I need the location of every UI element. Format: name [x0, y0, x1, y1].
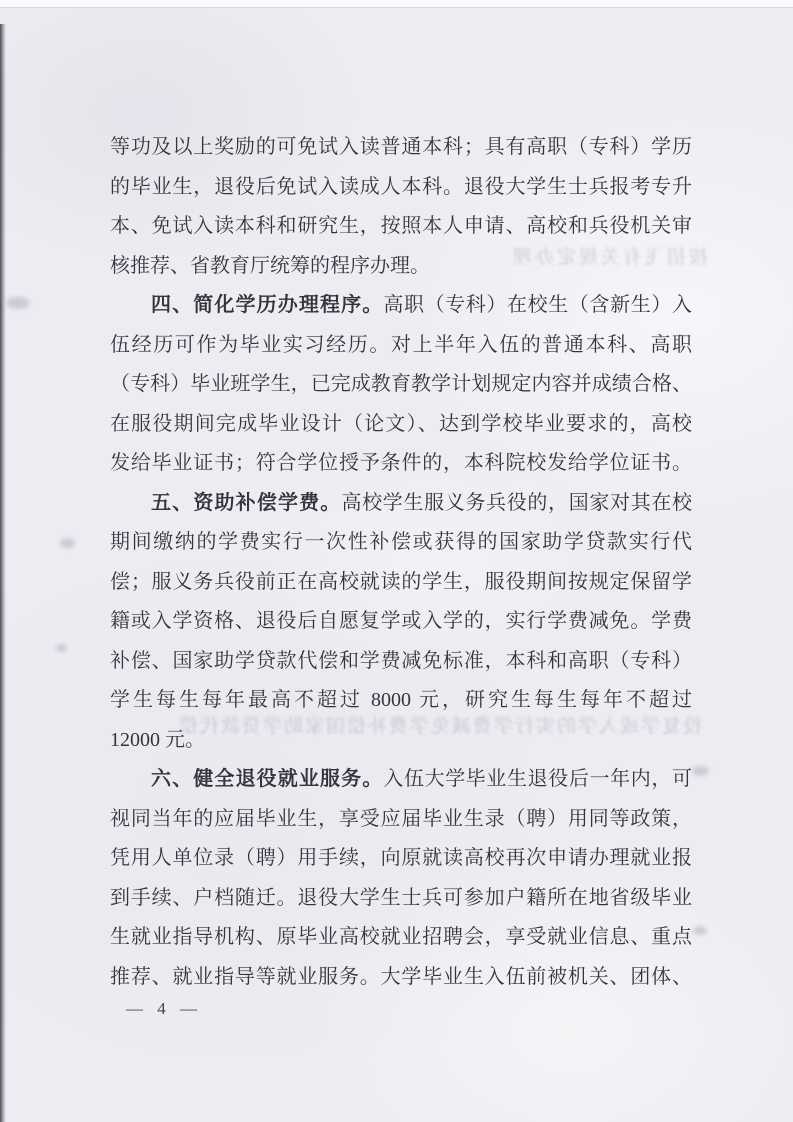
text-run: 视同当年的应届毕业生，享受应届毕业生录（聘）用同等政策，: [110, 808, 692, 830]
text-run: （专科）毕业班学生，已完成教育教学计划规定内容并成绩合格、: [110, 373, 692, 395]
text-line: 籍或入学资格、退役后自愿复学或入学的，实行学费减免。学费: [110, 602, 692, 642]
text-line: 六、健全退役就业服务。入伍大学毕业生退役后一年内，可: [110, 760, 692, 800]
document-body: 等功及以上奖励的可免试入读普通本科；具有高职（专科）学历的毕业生，退役后免试入读…: [110, 128, 692, 997]
text-run: 到手续、户档随迁。退役大学生士兵可参加户籍所在地省级毕业: [110, 887, 692, 909]
text-run: 推荐、就业指导等就业服务。大学毕业生入伍前被机关、团体、: [110, 966, 692, 988]
text-line: 的毕业生，退役后免试入读成人本科。退役大学生士兵报考专升: [110, 168, 692, 208]
text-run: 等功及以上奖励的可免试入读普通本科；具有高职（专科）学历: [110, 136, 692, 158]
text-run: 期间缴纳的学费实行一次性补偿或获得的国家助学贷款实行代: [110, 531, 692, 553]
section-heading: 五、资助补偿学费。: [151, 492, 341, 514]
scan-smudge: [6, 297, 30, 309]
text-line: 伍经历可作为毕业实习经历。对上半年入伍的普通本科、高职: [110, 326, 692, 366]
text-run: 高职（专科）在校生（含新生）入: [383, 294, 692, 316]
text-run: 学生每生每年最高不超过 8000 元，研究生每生每年不超过: [110, 689, 692, 711]
text-run: 的毕业生，退役后免试入读成人本科。退役大学生士兵报考专升: [110, 176, 692, 198]
text-line: 到手续、户档随迁。退役大学生士兵可参加户籍所在地省级毕业: [110, 879, 692, 919]
text-run: 补偿、国家助学贷款代偿和学费减免标准，本科和高职（专科）: [110, 650, 692, 672]
page-number: — 4 —: [126, 999, 202, 1019]
text-run: 籍或入学资格、退役后自愿复学或入学的，实行学费减免。学费: [110, 610, 692, 632]
scan-smudge: [692, 766, 709, 776]
text-run: 偿；服义务兵役前正在高校就读的学生，服役期间按规定保留学: [110, 571, 692, 593]
text-line: 在服役期间完成毕业设计（论文）、达到学校毕业要求的，高校: [110, 405, 692, 445]
paragraph-continuation: 等功及以上奖励的可免试入读普通本科；具有高职（专科）学历的毕业生，退役后免试入读…: [110, 128, 692, 286]
scan-smudge: [56, 644, 67, 652]
text-run: 伍经历可作为毕业实习经历。对上半年入伍的普通本科、高职: [110, 334, 692, 356]
scanned-page: 按招飞有关规定办理 役复学或入学的实行学费减免学费补偿国家助学贷款代偿 等功及以…: [0, 0, 793, 1122]
text-line: 期间缴纳的学费实行一次性补偿或获得的国家助学贷款实行代: [110, 523, 692, 563]
text-run: 本、免试入读本科和研究生，按照本人申请、高校和兵役机关审: [110, 215, 692, 237]
text-line: 发给毕业证书；符合学位授予条件的，本科院校发给学位证书。: [110, 444, 692, 484]
text-run: 在服役期间完成毕业设计（论文）、达到学校毕业要求的，高校: [110, 413, 692, 435]
text-line: 凭用人单位录（聘）用手续，向原就读高校再次申请办理就业报: [110, 839, 692, 879]
text-line: 学生每生每年最高不超过 8000 元，研究生每生每年不超过: [110, 681, 692, 721]
text-line: 五、资助补偿学费。高校学生服义务兵役的，国家对其在校: [110, 484, 692, 524]
text-line: 四、简化学历办理程序。高职（专科）在校生（含新生）入: [110, 286, 692, 326]
section-heading: 六、健全退役就业服务。: [151, 768, 383, 790]
text-line: 补偿、国家助学贷款代偿和学费减免标准，本科和高职（专科）: [110, 642, 692, 682]
scan-smudge: [60, 538, 75, 548]
paragraph-section-6: 六、健全退役就业服务。入伍大学毕业生退役后一年内，可视同当年的应届毕业生，享受应…: [110, 760, 692, 997]
text-line: 核推荐、省教育厅统筹的程序办理。: [110, 247, 692, 287]
text-line: 生就业指导机构、原毕业高校就业招聘会，享受就业信息、重点: [110, 918, 692, 958]
text-line: 本、免试入读本科和研究生，按照本人申请、高校和兵役机关审: [110, 207, 692, 247]
text-line: 12000 元。: [110, 721, 692, 761]
text-run: 生就业指导机构、原毕业高校就业招聘会，享受就业信息、重点: [110, 926, 692, 948]
text-run: 核推荐、省教育厅统筹的程序办理。: [110, 255, 430, 277]
text-run: 入伍大学毕业生退役后一年内，可: [383, 768, 692, 790]
scan-top-edge: [0, 0, 793, 8]
text-line: 等功及以上奖励的可免试入读普通本科；具有高职（专科）学历: [110, 128, 692, 168]
paragraph-section-5: 五、资助补偿学费。高校学生服义务兵役的，国家对其在校期间缴纳的学费实行一次性补偿…: [110, 484, 692, 761]
text-run: 12000 元。: [110, 729, 205, 751]
section-heading: 四、简化学历办理程序。: [151, 294, 383, 316]
text-run: 高校学生服义务兵役的，国家对其在校: [341, 492, 692, 514]
text-line: （专科）毕业班学生，已完成教育教学计划规定内容并成绩合格、: [110, 365, 692, 405]
text-line: 视同当年的应届毕业生，享受应届毕业生录（聘）用同等政策，: [110, 800, 692, 840]
text-line: 偿；服义务兵役前正在高校就读的学生，服役期间按规定保留学: [110, 563, 692, 603]
text-run: 凭用人单位录（聘）用手续，向原就读高校再次申请办理就业报: [110, 847, 692, 869]
paragraph-section-4: 四、简化学历办理程序。高职（专科）在校生（含新生）入伍经历可作为毕业实习经历。对…: [110, 286, 692, 484]
scan-smudge: [693, 926, 707, 935]
text-run: 发给毕业证书；符合学位授予条件的，本科院校发给学位证书。: [110, 452, 692, 474]
text-line: 推荐、就业指导等就业服务。大学毕业生入伍前被机关、团体、: [110, 958, 692, 998]
scan-left-edge-shadow: [0, 24, 6, 1122]
